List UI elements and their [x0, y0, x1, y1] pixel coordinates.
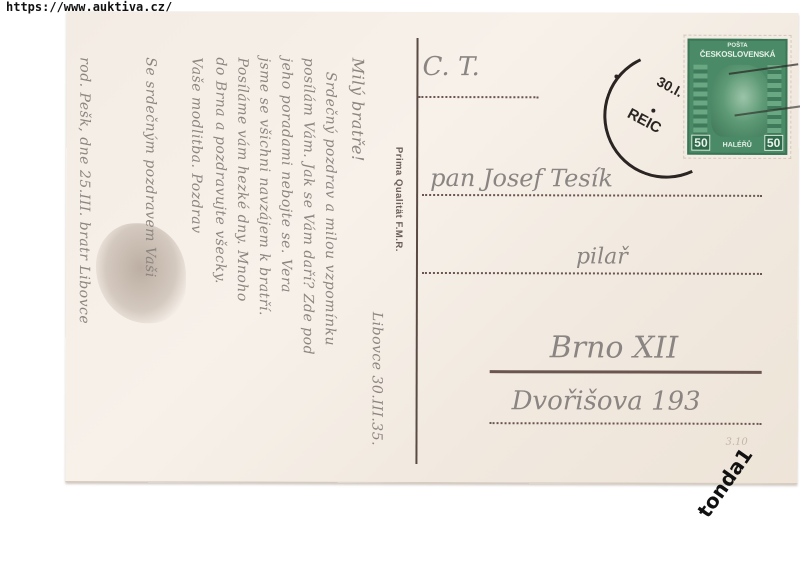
address-rule	[422, 272, 762, 275]
message-line: jsme se všichni navzájem k bratří.	[256, 58, 273, 316]
stamp-country-text: ČESKOSLOVENSKÁ	[689, 50, 785, 59]
message-line: Se srdečným pozdravem Vaši	[142, 57, 159, 278]
postmark-dot	[651, 109, 655, 113]
message-line: do Brna a pozdravujte všecky.	[212, 57, 229, 284]
address-occupation: pilař	[576, 244, 628, 269]
address-recipient: pan Josef Tesík	[430, 164, 613, 192]
message-salutation: Milý bratře!	[348, 58, 367, 162]
address-rule	[490, 370, 762, 374]
message-line: Vaše modlitba. Pozdrav	[188, 57, 204, 233]
water-stain	[96, 223, 186, 323]
message-line: rod. Pešk, dne 25.III. bratr Libovce	[76, 57, 93, 324]
message-line: jeho poradami nebojte se. Vera	[278, 58, 295, 293]
address-street: Dvořišova 193	[512, 386, 701, 416]
address-city: Brno XII	[550, 330, 678, 365]
postcard-divider	[415, 38, 418, 464]
address-rule	[490, 422, 762, 425]
message-line: Posíláme vám hezké dny. Mnoho	[234, 57, 251, 301]
address-prefix: C. T.	[422, 52, 479, 82]
stamp-value-right: 50	[764, 135, 783, 151]
address-rule	[422, 194, 762, 197]
stamp-posta-text: POŠTA	[690, 43, 786, 49]
message-line: posílám Vám. Jak se Vám daří? Zde pod	[300, 58, 317, 355]
postmark-dot	[614, 74, 618, 78]
cancellation-lines	[729, 63, 800, 116]
handwritten-message: Libovce 30.III.35. Milý bratře! Srdečný …	[75, 51, 396, 462]
address-rule	[418, 96, 538, 98]
message-line: Srdečný pozdrav a milou vzpomínku	[322, 72, 339, 346]
message-date: Libovce 30.III.35.	[368, 312, 384, 446]
postcard-back: Prima Qualität F.M.R. Libovce 30.III.35.…	[65, 11, 798, 484]
